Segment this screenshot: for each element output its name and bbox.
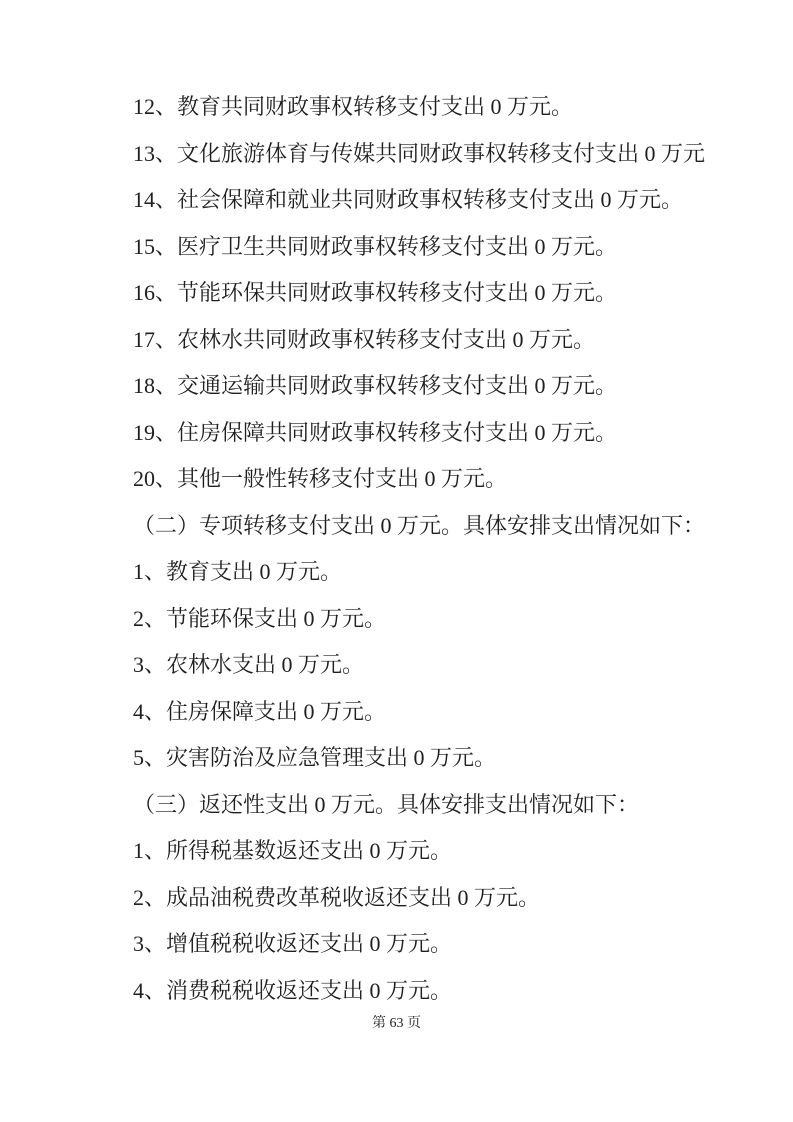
- body-line: 2、成品油税费改革税收返还支出 0 万元。: [89, 875, 753, 922]
- body-line: 19、住房保障共同财政事权转移支付支出 0 万元。: [89, 410, 753, 457]
- page-footer: 第 63 页: [0, 1013, 793, 1035]
- document-body: 12、教育共同财政事权转移支付支出 0 万元。 13、文化旅游体育与传媒共同财政…: [89, 84, 753, 1014]
- body-line: 1、教育支出 0 万元。: [89, 549, 753, 596]
- body-line-section-heading: （三）返还性支出 0 万元。具体安排支出情况如下：: [89, 782, 753, 829]
- page-number: 第 63 页: [372, 1016, 421, 1031]
- body-line: 12、教育共同财政事权转移支付支出 0 万元。: [89, 84, 753, 131]
- body-line: 3、增值税税收返还支出 0 万元。: [89, 921, 753, 968]
- body-line: 4、住房保障支出 0 万元。: [89, 689, 753, 736]
- body-line: 20、其他一般性转移支付支出 0 万元。: [89, 456, 753, 503]
- body-line: 5、灾害防治及应急管理支出 0 万元。: [89, 735, 753, 782]
- body-line: 14、社会保障和就业共同财政事权转移支付支出 0 万元。: [89, 177, 753, 224]
- body-line: 4、消费税税收返还支出 0 万元。: [89, 968, 753, 1015]
- body-line: 2、节能环保支出 0 万元。: [89, 596, 753, 643]
- body-line: 16、节能环保共同财政事权转移支付支出 0 万元。: [89, 270, 753, 317]
- body-line: 3、农林水支出 0 万元。: [89, 642, 753, 689]
- document-page: 12、教育共同财政事权转移支付支出 0 万元。 13、文化旅游体育与传媒共同财政…: [0, 0, 793, 1122]
- body-line: 13、文化旅游体育与传媒共同财政事权转移支付支出 0 万元: [89, 131, 753, 178]
- body-line: 1、所得税基数返还支出 0 万元。: [89, 828, 753, 875]
- body-line: 17、农林水共同财政事权转移支付支出 0 万元。: [89, 317, 753, 364]
- body-line: 18、交通运输共同财政事权转移支付支出 0 万元。: [89, 363, 753, 410]
- body-line: 15、医疗卫生共同财政事权转移支付支出 0 万元。: [89, 224, 753, 271]
- body-line-section-heading: （二）专项转移支付支出 0 万元。具体安排支出情况如下：: [89, 503, 753, 550]
